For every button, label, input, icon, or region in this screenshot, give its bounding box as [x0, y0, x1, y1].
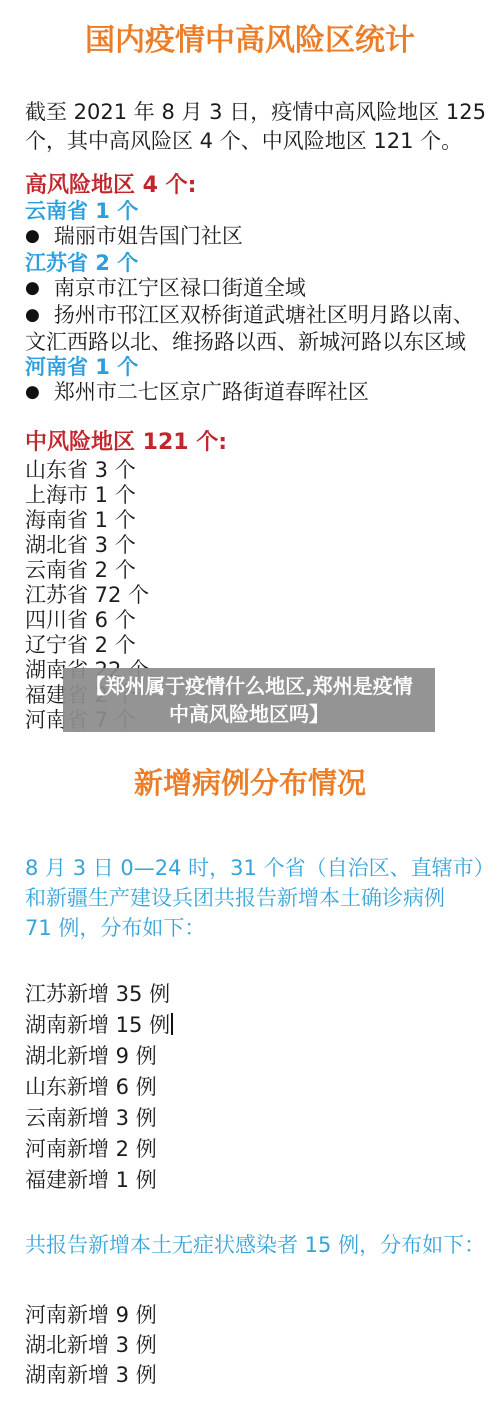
- list-item: ●南京市江宁区禄口街道全域: [25, 276, 475, 303]
- case-row: 河南新增 2 例: [25, 1134, 475, 1165]
- case-row: 湖南新增 3 例: [25, 1360, 475, 1390]
- bullet-icon: ●: [25, 226, 40, 246]
- summary-line: 截至 2021 年 8 月 3 日，疫情中高风险地区 125: [25, 98, 475, 127]
- intro-line: 8 月 3 日 0—24 时，31 个省（自治区、直辖市）: [25, 853, 475, 883]
- intro-line: 和新疆生产建设兵团共报告新增本土确诊病例: [25, 883, 475, 913]
- case-row: 江苏新增 35 例: [25, 979, 475, 1010]
- medium-risk-row: 四川省 6 个: [25, 608, 475, 633]
- new-cases-list: 江苏新增 35 例 湖南新增 15 例 湖北新增 9 例 山东新增 6 例 云南…: [25, 979, 475, 1196]
- summary-line: 个，其中高风险区 4 个、中风险地区 121 个。: [25, 127, 475, 156]
- list-item-text: 南京市江宁区禄口街道全域: [54, 276, 306, 300]
- list-item: ●郑州市二七区京广路街道春晖社区: [25, 380, 475, 407]
- medium-risk-row: 云南省 2 个: [25, 558, 475, 583]
- watermark-line: 中高风险地区吗】: [63, 700, 435, 728]
- medium-risk-row: 湖北省 3 个: [25, 533, 475, 558]
- bullet-icon: ●: [25, 278, 40, 298]
- medium-risk-row: 辽宁省 2 个: [25, 633, 475, 658]
- medium-risk-row: 山东省 3 个: [25, 458, 475, 483]
- case-row: 山东新增 6 例: [25, 1072, 475, 1103]
- high-risk-heading: 高风险地区 4 个:: [25, 172, 475, 199]
- province-heading-henan: 河南省 1 个: [25, 355, 475, 380]
- province-heading-yunnan: 云南省 1 个: [25, 199, 475, 224]
- new-cases-intro: 8 月 3 日 0—24 时，31 个省（自治区、直辖市） 和新疆生产建设兵团共…: [25, 853, 475, 943]
- bullet-icon: ●: [25, 305, 40, 325]
- case-row: 河南新增 9 例: [25, 1300, 475, 1330]
- list-item-text: 郑州市二七区京广路街道春晖社区: [54, 380, 369, 404]
- asymptomatic-list: 河南新增 9 例 湖北新增 3 例 湖南新增 3 例: [25, 1300, 475, 1390]
- case-row: 云南新增 3 例: [25, 1103, 475, 1134]
- list-item: ●瑞丽市姐告国门社区: [25, 224, 475, 251]
- list-item: ●扬州市邗江区双桥街道武塘社区明月路以南、文汇西路以北、维扬路以西、新城河路以东…: [25, 303, 475, 355]
- list-item-text: 瑞丽市姐告国门社区: [54, 224, 243, 248]
- text-cursor: [171, 1013, 173, 1035]
- case-row: 湖北新增 9 例: [25, 1041, 475, 1072]
- intro-line: 71 例，分布如下：: [25, 913, 475, 943]
- bullet-icon: ●: [25, 382, 40, 402]
- new-cases-heading: 新增病例分布情况: [25, 763, 475, 803]
- watermark-overlay: 【郑州属于疫情什么地区,郑州是疫情 中高风险地区吗】: [63, 668, 435, 732]
- case-row: 湖北新增 3 例: [25, 1330, 475, 1360]
- medium-risk-row: 上海市 1 个: [25, 483, 475, 508]
- case-row: 福建新增 1 例: [25, 1165, 475, 1196]
- medium-risk-row: 江苏省 72 个: [25, 583, 475, 608]
- summary-paragraph: 截至 2021 年 8 月 3 日，疫情中高风险地区 125 个，其中高风险区 …: [25, 98, 475, 156]
- case-row: 湖南新增 15 例: [25, 1010, 475, 1041]
- medium-risk-row: 海南省 1 个: [25, 508, 475, 533]
- medium-risk-heading: 中风险地区 121 个:: [25, 429, 475, 456]
- page-title: 国内疫情中高风险区统计: [25, 20, 475, 62]
- asymptomatic-intro: 共报告新增本土无症状感染者 15 例，分布如下：: [25, 1230, 475, 1260]
- province-heading-jiangsu: 江苏省 2 个: [25, 251, 475, 276]
- list-item-text: 扬州市邗江区双桥街道武塘社区明月路以南、文汇西路以北、维扬路以西、新城河路以东区…: [25, 303, 474, 354]
- case-row-text: 湖南新增 15 例: [25, 1013, 170, 1037]
- watermark-line: 【郑州属于疫情什么地区,郑州是疫情: [63, 672, 435, 700]
